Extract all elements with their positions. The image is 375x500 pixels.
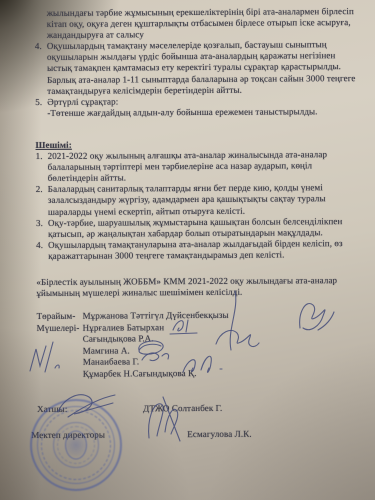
member-name: Нұрғалиев Батырхан xyxy=(83,322,165,334)
decision-text: 2021-2022 оқу жылының алғашқы ата-аналар… xyxy=(48,149,362,184)
agenda-item-number: 4. xyxy=(35,41,47,97)
decision-number: 3. xyxy=(36,218,48,240)
decision-text: Оқу-тәрбие, шаруашылық жұмыстарына қашық… xyxy=(48,216,362,240)
members-label: Мүшелері- xyxy=(37,322,83,334)
decision-number: 2. xyxy=(36,184,48,217)
decision-text: Балалардың санитарлық талаптарды яғни бе… xyxy=(48,182,362,217)
decision-4: 4. Оқушылардың тамақтануларына ата-анала… xyxy=(36,238,362,262)
decision-3: 3. Оқу-тәрбие, шаруашылық жұмыстарына қа… xyxy=(36,216,362,240)
director-name: Есмагулова Л.К. xyxy=(187,429,251,440)
intro-paragraph: жылындағы тәрбие жұмысының ерекшеліктері… xyxy=(47,6,361,41)
decision-2: 2. Балалардың санитарлық талаптарды яғни… xyxy=(36,182,362,217)
protocol-document: жылындағы тәрбие жұмысының ерекшеліктері… xyxy=(35,6,364,441)
agenda-item-5-note: -Төтенше жағдайдың алдын-алу бойынша ере… xyxy=(47,106,361,119)
member-name: Құмарбек Н.Сағындықова Қ. xyxy=(37,367,363,380)
decision-number: 4. xyxy=(36,240,48,262)
agenda-item-4: 4. Оқушылардың тамақтану мәселелеріде қо… xyxy=(35,39,361,96)
chair-label: Төрайым- xyxy=(37,311,83,323)
decision-number: 1. xyxy=(36,151,48,184)
decision-text: Оқушылардың тамақтануларына ата-аналар ж… xyxy=(48,238,362,262)
document-photo: жылындағы тәрбие жұмысының ерекшеліктері… xyxy=(0,0,375,500)
stamp-emblem xyxy=(65,431,87,460)
decision-1: 1. 2021-2022 оқу жылының алғашқы ата-ана… xyxy=(36,149,362,184)
agreement-paragraph: «Бірлестік ауылының ЖОББМ» КММ 2021-2022… xyxy=(36,275,362,299)
chair-name: Мұржанова Тәттігүл Дүйсенбекқызы xyxy=(83,310,229,322)
agenda-item-number: 5. xyxy=(35,97,47,108)
secretary-name: ДТЖО Солтанбек Г. xyxy=(143,403,222,415)
official-round-stamp xyxy=(30,399,122,491)
agenda-item-text: Оқушылардың тамақтану мәселелеріде қозға… xyxy=(47,39,361,96)
signatories-block: Төрайым- Мұржанова Тәттігүл Дүйсенбекқыз… xyxy=(37,309,363,380)
